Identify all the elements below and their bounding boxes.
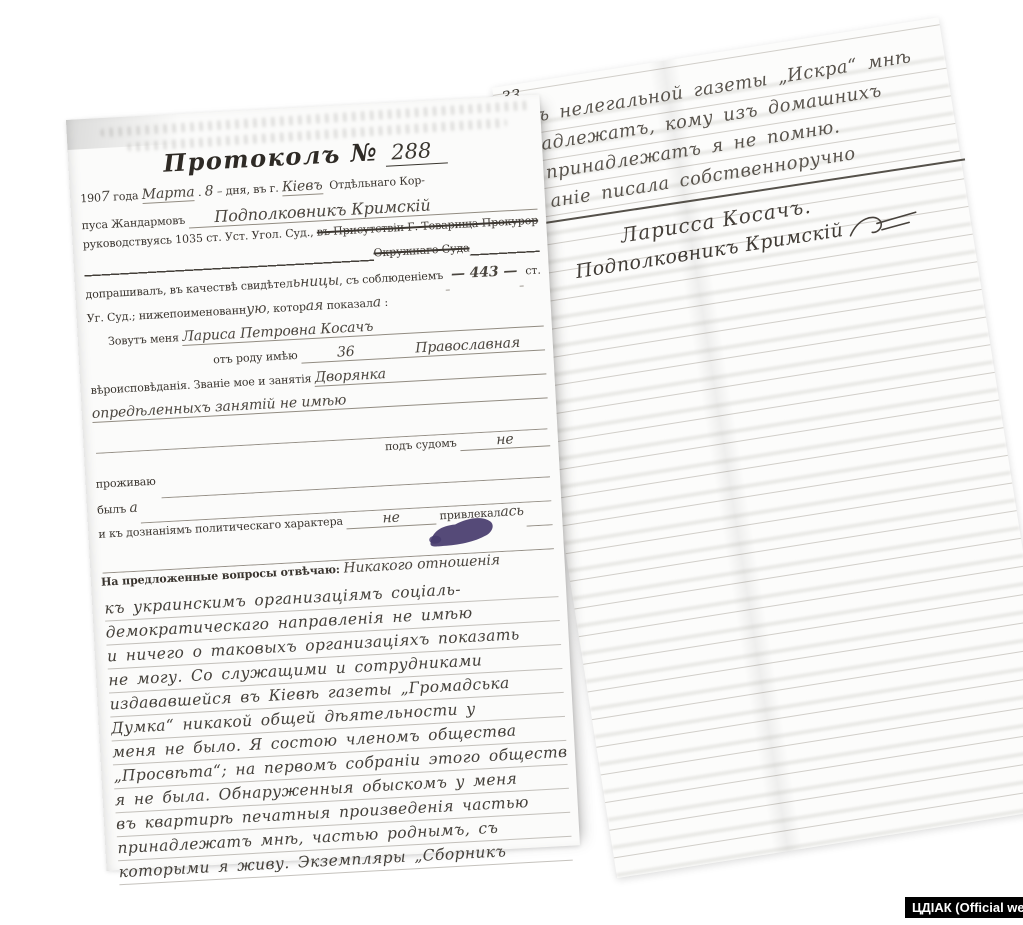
protocol-number: 288 bbox=[385, 137, 448, 166]
testimony-paragraph: къ украинскимъ организаціямъ соціаль-дем… bbox=[92, 573, 581, 886]
printed-label: . bbox=[194, 186, 205, 200]
printed-label: Отдѣльнаго Кор- bbox=[322, 174, 425, 193]
left-page: Протоколъ № 288 1907 года Марта . 8 – дн… bbox=[66, 94, 580, 871]
printed-label: пуса Жандармовъ bbox=[81, 214, 188, 233]
handwritten-entry: 36 bbox=[300, 342, 391, 364]
printed-label: 190 bbox=[80, 191, 101, 205]
handwritten-entry: Кіевъ bbox=[282, 177, 323, 196]
handwritten-entry: не bbox=[460, 429, 551, 451]
handwritten-entry: ую bbox=[246, 300, 267, 317]
printed-label: отъ роду имѣю bbox=[213, 349, 301, 367]
blank-rule bbox=[525, 501, 552, 526]
printed-label: подъ судомъ bbox=[385, 436, 461, 453]
handwritten-entry: Марта bbox=[141, 184, 195, 204]
ink-blot bbox=[426, 513, 498, 549]
printed-label: , котор bbox=[266, 300, 306, 315]
credit-badge: ЦДІАК (Official website) bbox=[905, 897, 1023, 918]
printed-label: – дня, въ г. bbox=[213, 181, 282, 198]
printed-label: года bbox=[109, 189, 142, 204]
blank-rule bbox=[469, 238, 540, 266]
printed-label: былъ bbox=[97, 502, 130, 517]
handwritten-entry: не bbox=[346, 508, 437, 530]
printed-label: Зовутъ меня bbox=[88, 331, 183, 349]
handwritten-entry: ьницы bbox=[292, 272, 339, 290]
blank-rule bbox=[445, 267, 450, 291]
handwritten-entry: ась bbox=[500, 503, 524, 520]
handwritten-entry: — 443 — bbox=[451, 263, 518, 283]
handwritten-entry: а bbox=[129, 500, 138, 516]
printed-label: ст. Уст. bbox=[525, 262, 542, 277]
printed-label: , съ соблюденіемъ bbox=[339, 269, 444, 288]
blank-rule bbox=[519, 263, 524, 287]
printed-label: показал bbox=[323, 297, 373, 313]
document-photo: 33. ъ нелегальной газеты „Искра“ мнѣадле… bbox=[0, 0, 1023, 925]
printed-label: проживаю bbox=[95, 475, 159, 491]
printed-label: : bbox=[381, 296, 389, 309]
handwritten-entry: ая bbox=[305, 297, 323, 314]
